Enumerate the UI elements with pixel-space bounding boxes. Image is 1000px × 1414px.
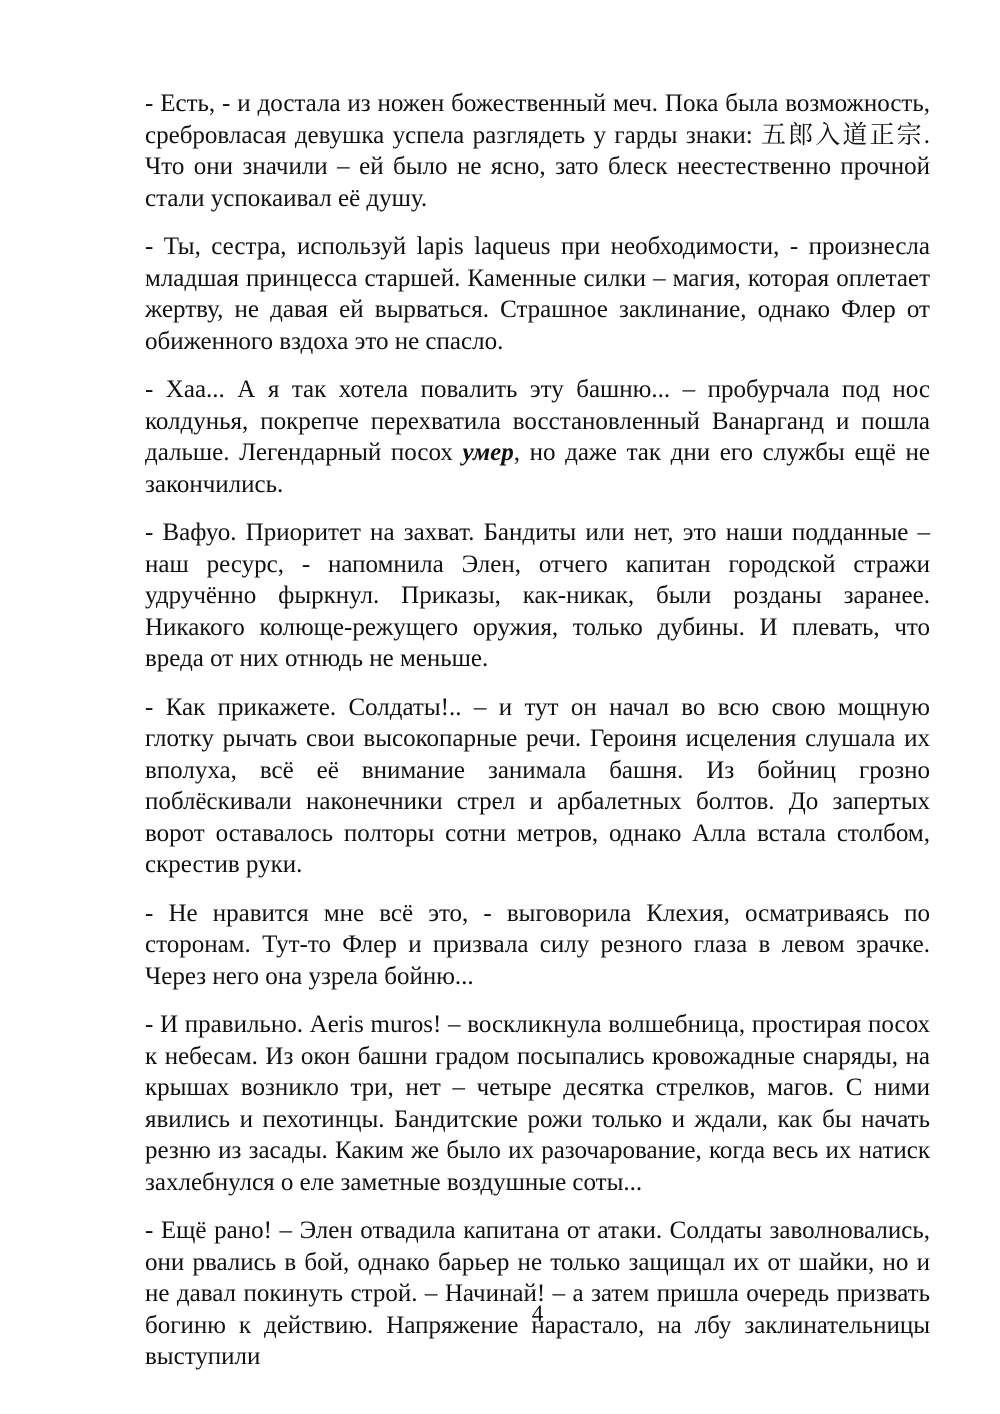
text-run: - Не нравится мне всё это, - выговорила … xyxy=(145,900,930,990)
document-page: - Есть, - и достала из ножен божественны… xyxy=(0,0,1000,1414)
paragraph-8: - Ещё рано! – Элен отвадила капитана от … xyxy=(145,1215,930,1373)
text-run: - Ты, сестра, используй lapis laqueus пр… xyxy=(145,233,930,355)
page-body: - Есть, - и достала из ножен божественны… xyxy=(145,88,930,1390)
paragraph-1: - Есть, - и достала из ножен божественны… xyxy=(145,88,930,214)
paragraph-5: - Как прикажете. Солдаты!.. – и тут он н… xyxy=(145,692,930,881)
paragraph-6: - Не нравится мне всё это, - выговорила … xyxy=(145,898,930,993)
text-run: - Ещё рано! – Элен отвадила капитана от … xyxy=(145,1217,930,1370)
page-number: 4 xyxy=(145,1300,930,1328)
text-run: - Как прикажете. Солдаты!.. – и тут он н… xyxy=(145,694,930,879)
text-run: - Есть, - и достала из ножен божественны… xyxy=(145,90,930,212)
paragraph-7: - И правильно. Aeris muros! – воскликнул… xyxy=(145,1009,930,1198)
paragraph-3: - Хаа... А я так хотела повалить эту баш… xyxy=(145,374,930,500)
paragraph-4: - Вафуо. Приоритет на захват. Бандиты ил… xyxy=(145,517,930,675)
text-run-bold-italic: умер xyxy=(463,439,514,466)
text-run: - Вафуо. Приоритет на захват. Бандиты ил… xyxy=(145,519,930,672)
paragraph-2: - Ты, сестра, используй lapis laqueus пр… xyxy=(145,231,930,357)
text-run: - И правильно. Aeris muros! – воскликнул… xyxy=(145,1011,930,1196)
